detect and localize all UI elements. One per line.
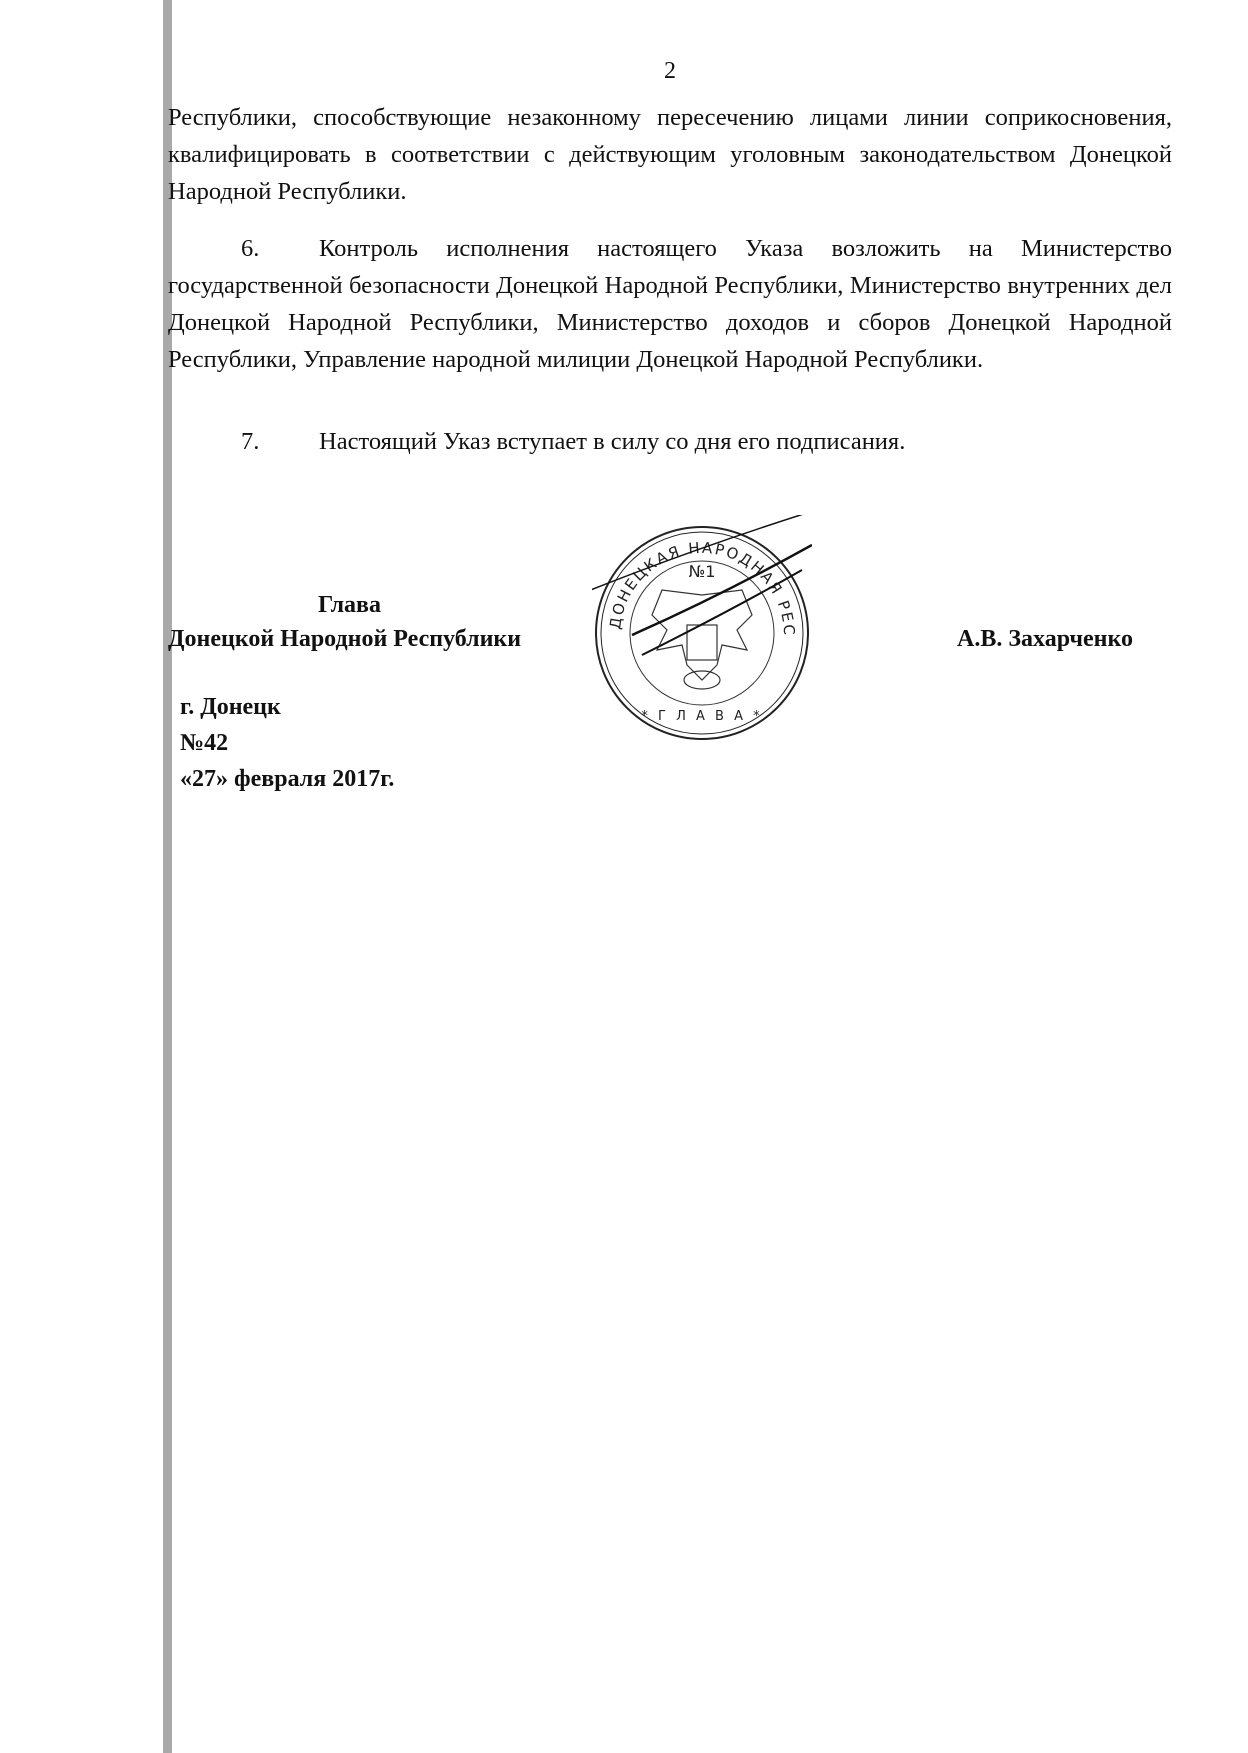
paragraph-continuation: Республики, способствующие незаконному п… bbox=[168, 99, 1172, 210]
place-of-signing: г. Донецк bbox=[180, 692, 281, 722]
document-date: «27» февраля 2017г. bbox=[180, 764, 394, 794]
official-seal-icon: ДОНЕЦКАЯ НАРОДНАЯ РЕСПУБЛИКА №1 * Г Л А … bbox=[592, 515, 812, 745]
page-number: 2 bbox=[0, 58, 1248, 85]
item-number: 6. bbox=[241, 230, 319, 267]
svg-text:№1: №1 bbox=[689, 562, 716, 581]
item-text: Настоящий Указ вступает в силу со дня ег… bbox=[319, 428, 905, 455]
item-number: 7. bbox=[241, 423, 319, 460]
document-number: №42 bbox=[180, 728, 228, 758]
svg-text:* Г Л А В А *: * Г Л А В А * bbox=[641, 709, 762, 724]
signatory-name: А.В. Захарченко bbox=[957, 624, 1133, 654]
item-text: Контроль исполнения настоящего Указа воз… bbox=[168, 235, 1172, 373]
paragraph-item-7: 7.Настоящий Указ вступает в силу со дня … bbox=[168, 423, 1172, 460]
signatory-organization: Донецкой Народной Республики bbox=[168, 624, 521, 654]
signatory-title: Глава bbox=[318, 590, 381, 620]
paragraph-item-6: 6.Контроль исполнения настоящего Указа в… bbox=[168, 230, 1172, 378]
